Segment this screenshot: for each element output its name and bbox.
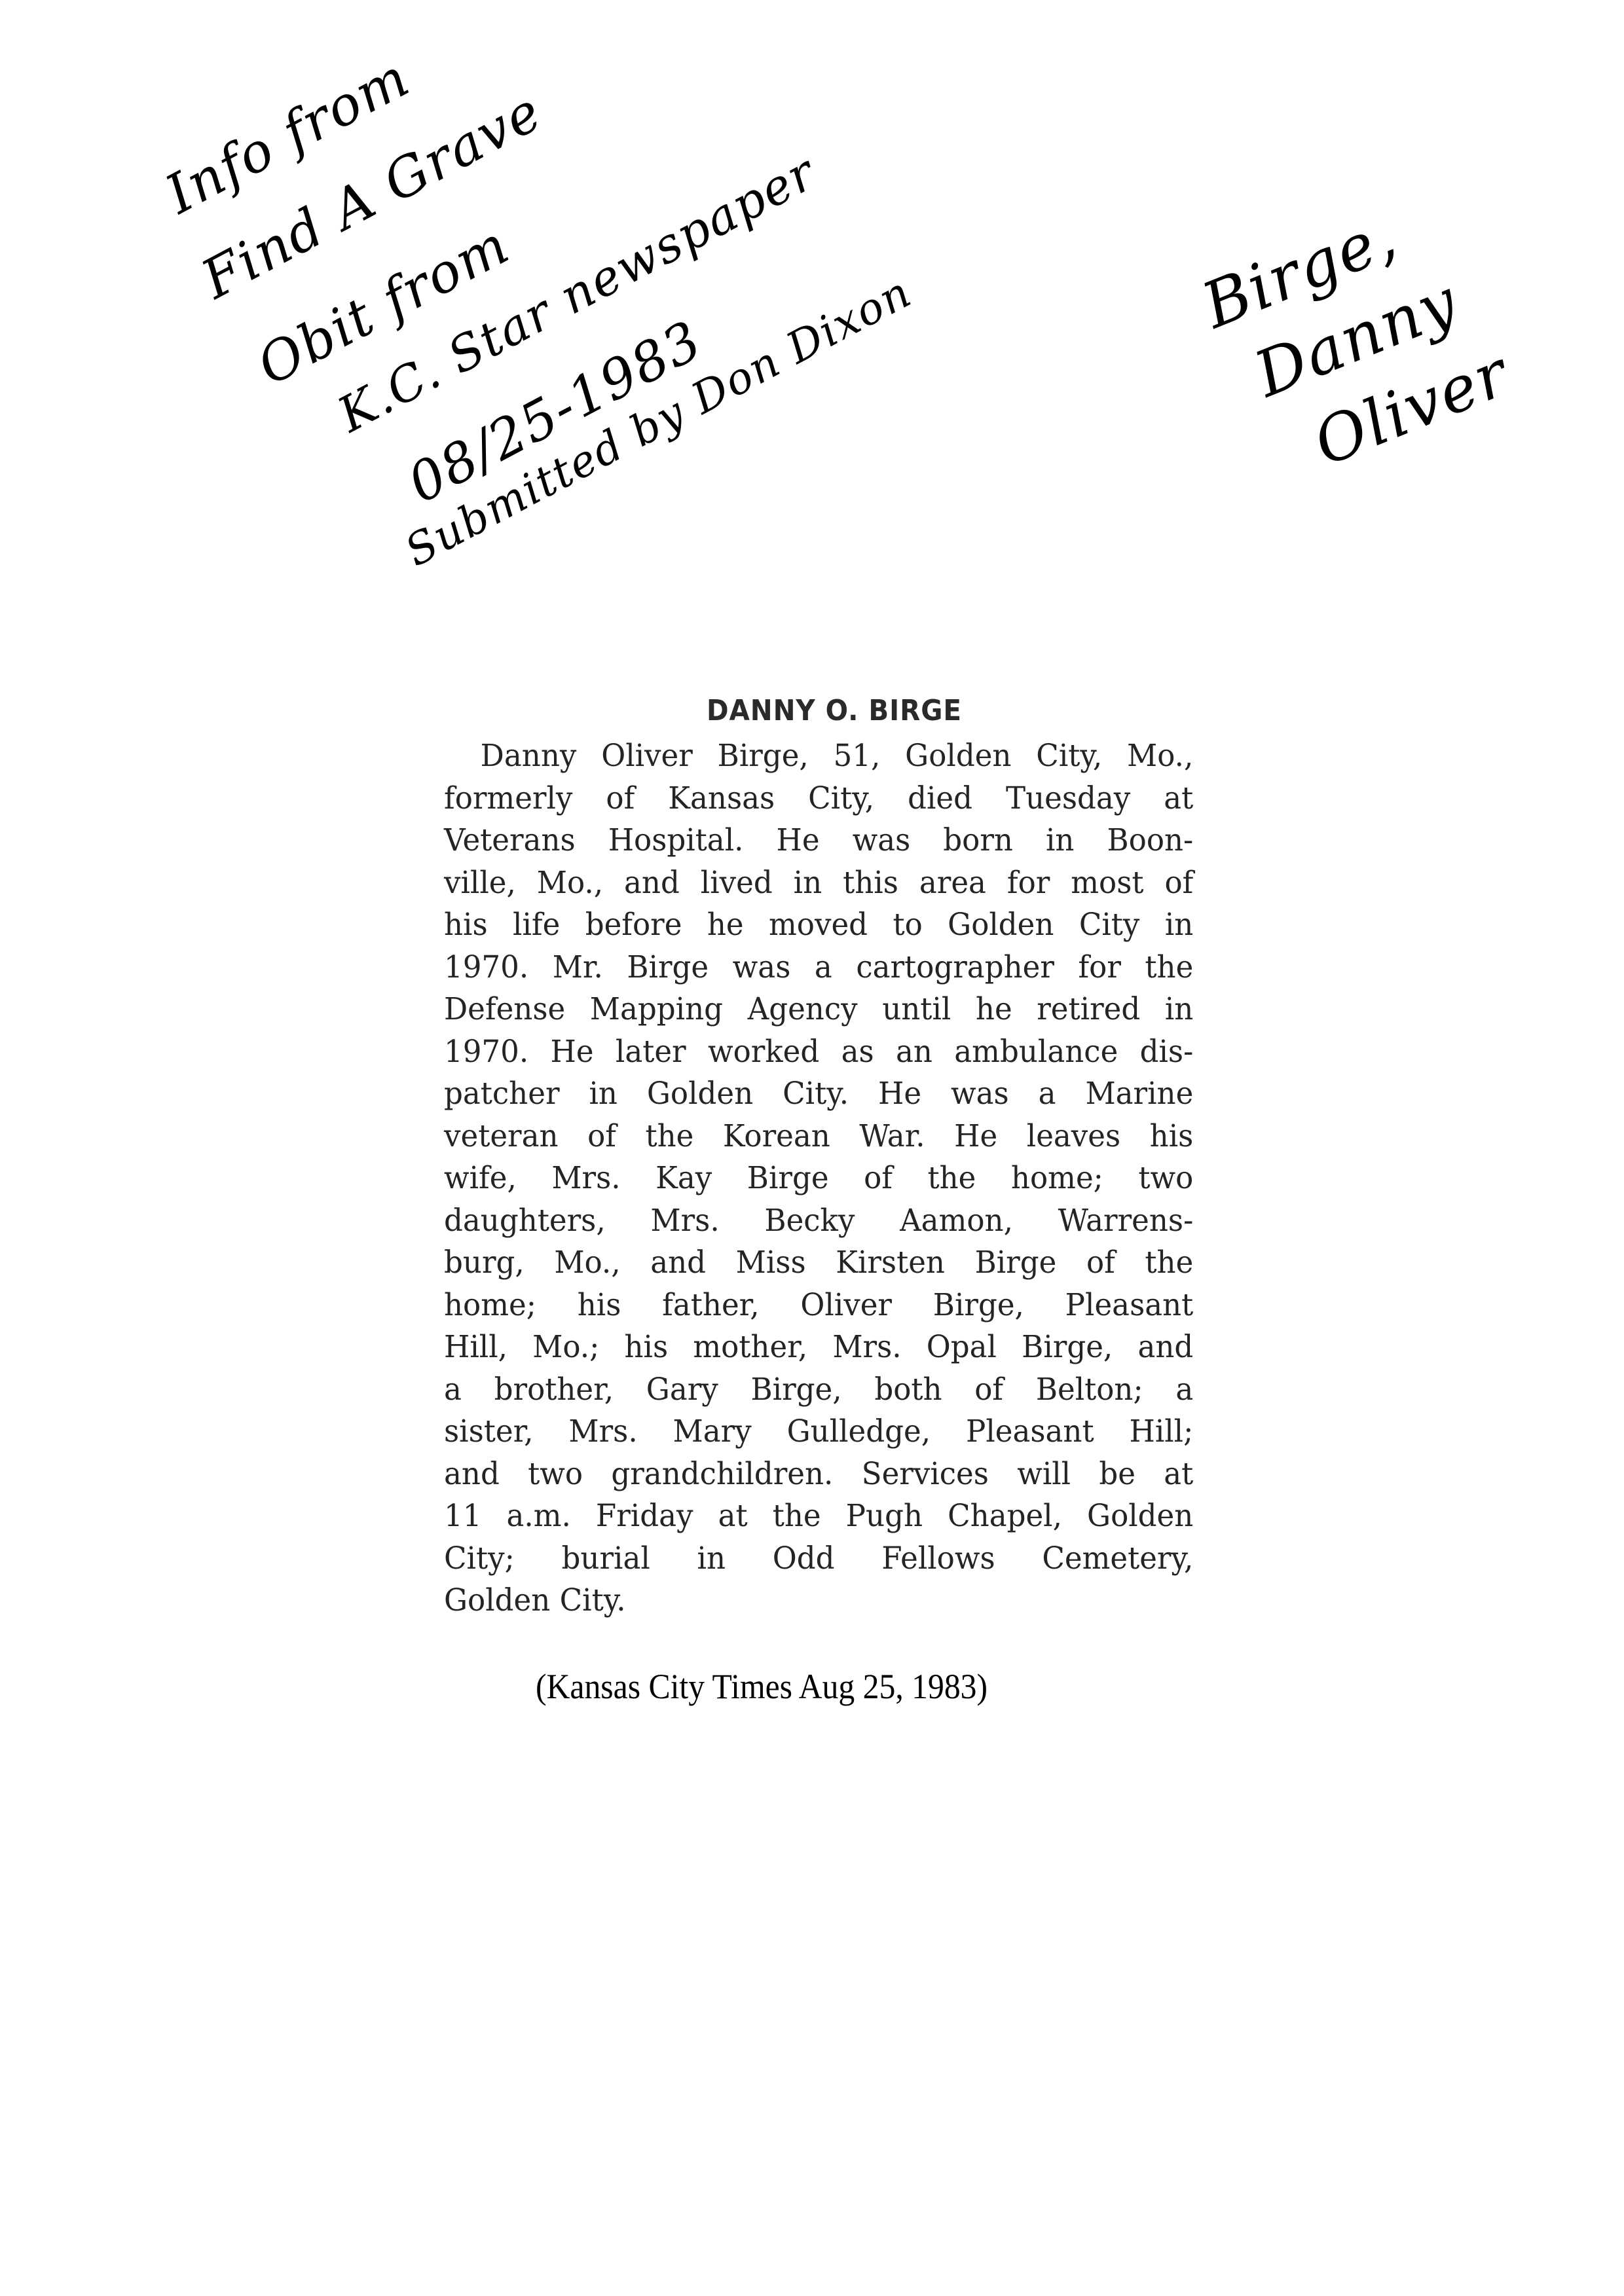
obituary-line: and two grandchildren. Services will be … — [444, 1453, 1193, 1496]
obituary-body: Danny Oliver Birge, 51, Golden City, Mo.… — [444, 735, 1225, 1622]
obituary-line: Defense Mapping Agency until he retired … — [444, 989, 1193, 1031]
obituary-title: DANNY O. BIRGE — [475, 694, 1194, 727]
source-caption: (Kansas City Times Aug 25, 1983) — [536, 1666, 987, 1707]
obituary-line: patcher in Golden City. He was a Marine — [444, 1073, 1193, 1116]
obituary-line: 1970. Mr. Birge was a cartographer for t… — [444, 947, 1193, 989]
obituary-clipping: DANNY O. BIRGE Danny Oliver Birge, 51, G… — [444, 694, 1225, 1622]
obituary-line: Hill, Mo.; his mother, Mrs. Opal Birge, … — [444, 1326, 1193, 1369]
obituary-line: sister, Mrs. Mary Gulledge, Pleasant Hil… — [444, 1411, 1193, 1453]
obituary-line: ville, Mo., and lived in this area for m… — [444, 862, 1193, 905]
obituary-line: veteran of the Korean War. He leaves his — [444, 1116, 1193, 1158]
obituary-line: City; burial in Odd Fellows Cemetery, — [444, 1538, 1193, 1580]
obituary-line: his life before he moved to Golden City … — [444, 904, 1193, 947]
obituary-line: burg, Mo., and Miss Kirsten Birge of the — [444, 1242, 1193, 1285]
obituary-line: formerly of Kansas City, died Tuesday at — [444, 778, 1193, 820]
obituary-line: wife, Mrs. Kay Birge of the home; two — [444, 1157, 1193, 1200]
obituary-line: 11 a.m. Friday at the Pugh Chapel, Golde… — [444, 1495, 1193, 1538]
obituary-line: Veterans Hospital. He was born in Boon- — [444, 820, 1193, 862]
obituary-line: 1970. He later worked as an ambulance di… — [444, 1031, 1193, 1074]
obituary-line: Danny Oliver Birge, 51, Golden City, Mo.… — [444, 735, 1193, 778]
obituary-line: a brother, Gary Birge, both of Belton; a — [444, 1369, 1193, 1412]
obituary-line: daughters, Mrs. Becky Aamon, Warrens- — [444, 1200, 1193, 1243]
obituary-line: home; his father, Oliver Birge, Pleasant — [444, 1285, 1193, 1327]
obituary-line: Golden City. — [444, 1580, 1193, 1622]
